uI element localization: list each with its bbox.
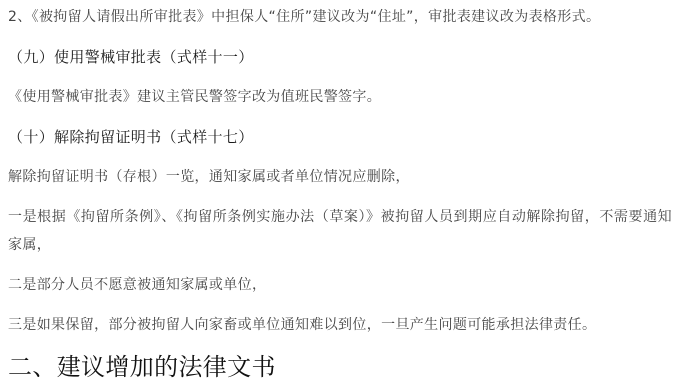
paragraph-release-certificate-note: 解除拘留证明书（存根）一览，通知家属或者单位情况应删除， — [8, 163, 672, 191]
heading-item-9-police-equipment-form: （九）使用警械审批表（式样十一） — [8, 43, 672, 71]
paragraph-reason-one: 一是根据《拘留所条例》、《拘留所条例实施办法（草案）》被拘留人员到期应自动解除拘… — [8, 203, 672, 259]
paragraph-reason-two: 二是部分人员不愿意被通知家属或单位， — [8, 271, 672, 299]
heading-section-2-suggested-legal-documents: 二、建议增加的法律文书 — [8, 351, 672, 383]
paragraph-approval-form-suggestion: 2、《被拘留人请假出所审批表》中担保人“住所”建议改为“住址”，审批表建议改为表… — [8, 3, 672, 31]
document-page: 2、《被拘留人请假出所审批表》中担保人“住所”建议改为“住址”，审批表建议改为表… — [0, 0, 680, 383]
paragraph-police-equipment-signature: 《使用警械审批表》建议主管民警签字改为值班民警签字。 — [8, 83, 672, 111]
paragraph-reason-three: 三是如果保留，部分被拘留人向家畜或单位通知难以到位，一旦产生问题可能承担法律责任… — [8, 311, 672, 339]
heading-item-10-release-certificate: （十）解除拘留证明书（式样十七） — [8, 123, 672, 151]
